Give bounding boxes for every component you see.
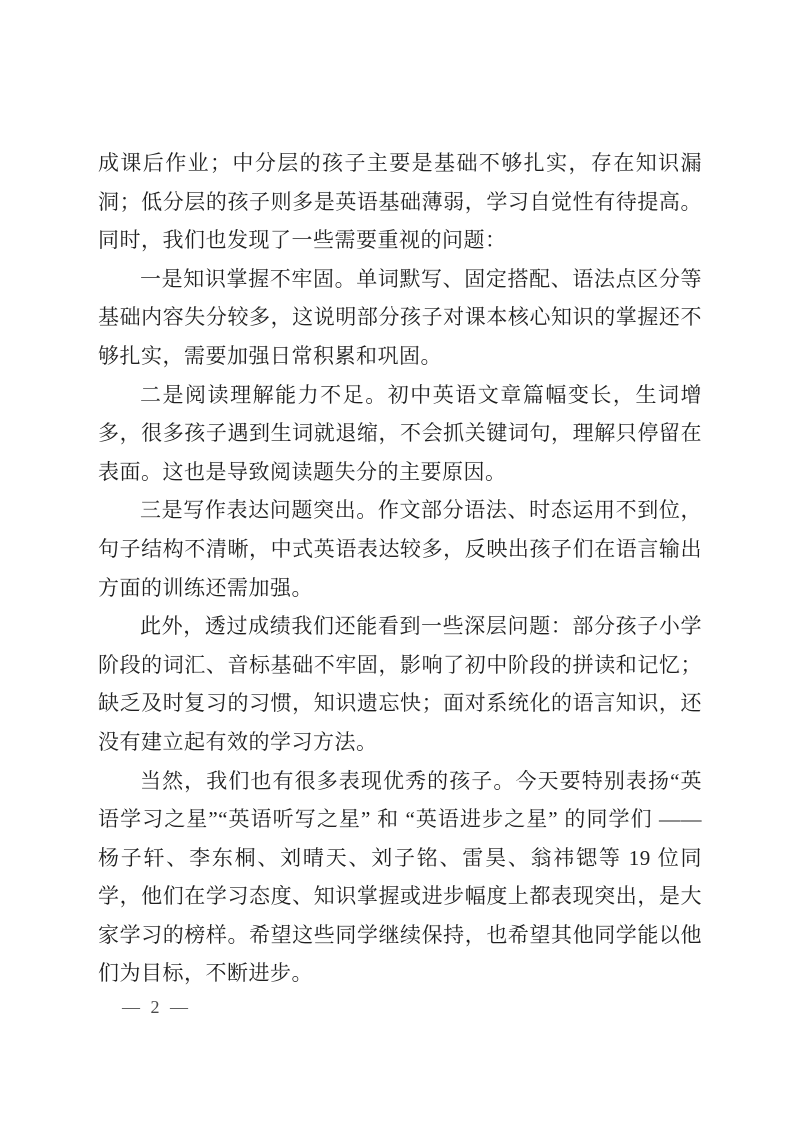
page-number: — 2 — [122, 997, 191, 1018]
document-body: 成课后作业；中分层的孩子主要是基础不够扎实，存在知识漏洞；低分层的孩子则多是英语… [98, 144, 702, 993]
paragraph-point-1: 一是知识掌握不牢固。单词默写、固定搭配、语法点区分等基础内容失分较多，这说明部分… [98, 260, 702, 376]
paragraph-continuation: 成课后作业；中分层的孩子主要是基础不够扎实，存在知识漏洞；低分层的孩子则多是英语… [98, 144, 702, 260]
paragraph-point-2: 二是阅读理解能力不足。初中英语文章篇幅变长，生词增多，很多孩子遇到生词就退缩，不… [98, 376, 702, 492]
paragraph-point-3: 三是写作表达问题突出。作文部分语法、时态运用不到位，句子结构不清晰，中式英语表达… [98, 491, 702, 607]
paragraph-deeper-issues: 此外，透过成绩我们还能看到一些深层问题：部分孩子小学阶段的词汇、音标基础不牢固，… [98, 607, 702, 761]
paragraph-praise-students: 当然，我们也有很多表现优秀的孩子。今天要特别表扬“英语学习之星”“英语听写之星”… [98, 762, 702, 994]
document-page: 成课后作业；中分层的孩子主要是基础不够扎实，存在知识漏洞；低分层的孩子则多是英语… [0, 0, 793, 1122]
